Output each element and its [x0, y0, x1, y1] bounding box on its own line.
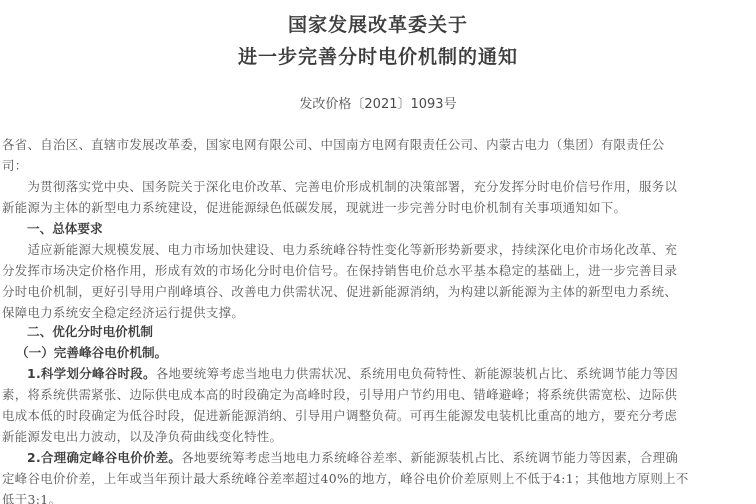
section-heading: 一、总体要求 — [27, 221, 103, 237]
subsection-heading: （一）完善峰谷电价机制。 — [16, 345, 167, 361]
item-text: 各地要统筹考虑当地电力系统峰谷差率、新能源装机占比、系统调节能力等因素，合理确 — [181, 450, 678, 465]
paragraph-line: 新能源发电出力波动，以及净负荷曲线变化特性。 — [2, 429, 282, 445]
document-title-line-2: 进一步完善分时电价机制的通知 — [0, 42, 756, 69]
item-first-line: 2.合理确定峰谷电价价差。各地要统筹考虑当地电力系统峰谷差率、新能源装机占比、系… — [27, 450, 678, 466]
paragraph-line: 保障电力系统安全稳定经济运行提供支撑。 — [2, 305, 244, 321]
paragraph-line: 定峰谷电价价差，上年或当年预计最大系统峰谷差率超过40%的地方，峰谷电价价差原则… — [2, 471, 689, 487]
document-number: 发改价格〔2021〕1093号 — [0, 93, 756, 112]
item-lead: 2.合理确定峰谷电价价差。 — [27, 450, 181, 465]
paragraph-line: 新能源为主体的新型电力系统建设，促进能源绿色低碳发展，现就进一步完善分时电价机制… — [2, 200, 626, 216]
addressee-line: 各省、自治区、直辖市发展改革委，国家电网有限公司、中国南方电网有限责任公司、内蒙… — [2, 137, 665, 153]
paragraph-line: 分发挥市场决定价格作用，形成有效的市场化分时电价信号。在保持销售电价总水平基本稳… — [2, 263, 677, 279]
paragraph-line: 素，将系统供需紧张、边际供电成本高的时段确定为高峰时段，引导用户节约用电、错峰避… — [2, 387, 677, 403]
paragraph-line: 电成本低的时段确定为低谷时段，促进新能源消纳、引导用户调整负荷。可再生能源发电装… — [2, 408, 677, 424]
document-title-line-1: 国家发展改革委关于 — [0, 10, 756, 37]
notice-document: 国家发展改革委关于 进一步完善分时电价机制的通知 发改价格〔2021〕1093号… — [0, 0, 756, 504]
paragraph-line: 低于3:1。 — [2, 492, 61, 504]
addressee-line: 司： — [2, 158, 27, 174]
item-lead: 1.科学划分峰谷时段。 — [27, 366, 156, 381]
paragraph-line: 分时电价机制，更好引导用户削峰填谷、改善电力供需状况、促进新能源消纳，为构建以新… — [2, 284, 677, 300]
item-first-line: 1.科学划分峰谷时段。各地要统筹考虑当地电力供需状况、系统用电负荷特性、新能源装… — [27, 366, 678, 382]
paragraph-line: 为贯彻落实党中央、国务院关于深化电价改革、完善电价形成机制的决策部署，充分发挥分… — [2, 179, 677, 195]
section-heading: 二、优化分时电价机制 — [27, 324, 153, 340]
item-text: 各地要统筹考虑当地电力供需状况、系统用电负荷特性、新能源装机占比、系统调节能力等… — [156, 366, 678, 381]
paragraph-line: 适应新能源大规模发展、电力市场加快建设、电力系统峰谷特性变化等新形势新要求，持续… — [2, 242, 677, 258]
